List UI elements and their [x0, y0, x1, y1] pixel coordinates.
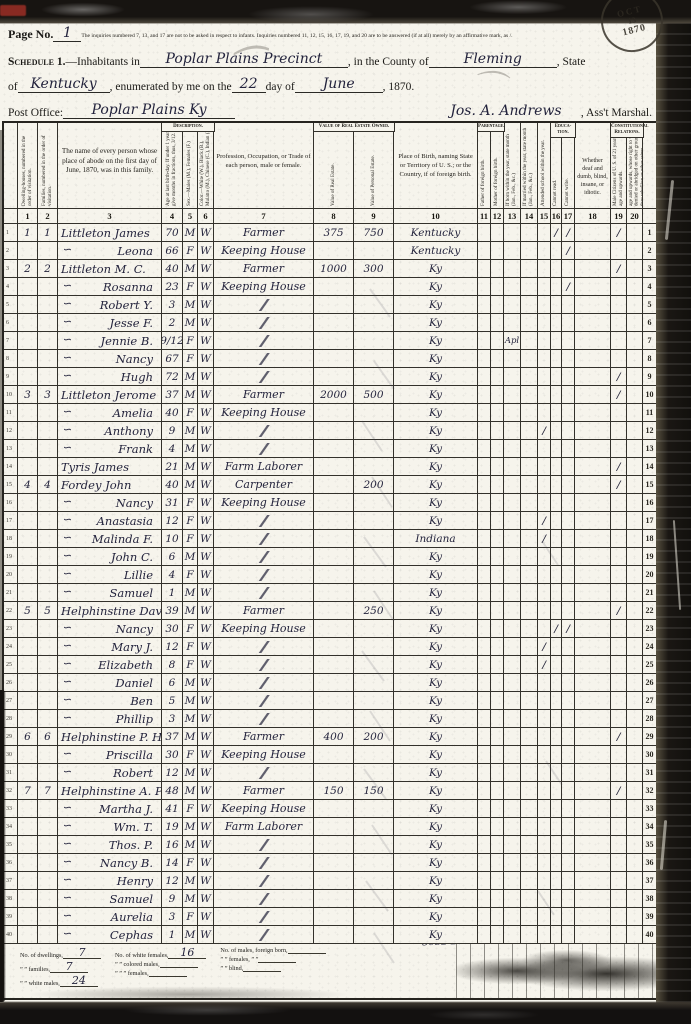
sex-value: M: [183, 710, 198, 728]
vote-denied-mark: [627, 260, 643, 278]
birthplace-value: Ky: [394, 404, 478, 422]
line-number-right: 31: [643, 764, 657, 782]
deaf-dumb-value: [575, 800, 611, 818]
personal-estate-value: [354, 512, 394, 530]
age-value: 40: [162, 404, 183, 422]
family-number: [38, 494, 58, 512]
line-number-left: 32: [4, 782, 18, 800]
marriage-month-value: [521, 314, 538, 332]
mother-foreign-mark: [491, 926, 504, 944]
cannot-write-mark: [562, 728, 575, 746]
mother-foreign-mark: [491, 332, 504, 350]
sex-value: M: [183, 548, 198, 566]
birth-month-value: [504, 746, 521, 764]
line-number-left: 27: [4, 692, 18, 710]
school-mark: /: [538, 656, 551, 674]
real-estate-value: [314, 530, 354, 548]
sex-value: M: [183, 836, 198, 854]
father-foreign-mark: [478, 260, 491, 278]
mother-foreign-mark: [491, 278, 504, 296]
column-header-5: Sex.—Males (M.), Females (F.): [183, 123, 198, 209]
real-estate-value: [314, 746, 354, 764]
line-number-left: 40: [4, 926, 18, 944]
birthplace-value: Ky: [394, 512, 478, 530]
page-header: Page No. 1 The inquiries numbered 7, 13,…: [8, 25, 652, 119]
occupation-value: [214, 350, 314, 368]
father-foreign-mark: [478, 674, 491, 692]
occupation-value: Keeping House: [214, 746, 314, 764]
sex-value: F: [183, 620, 198, 638]
personal-estate-value: [354, 278, 394, 296]
number-row-margin: [4, 209, 18, 224]
family-number: [38, 404, 58, 422]
personal-estate-value: 300: [354, 260, 394, 278]
line-number-left: 35: [4, 836, 18, 854]
sex-value: M: [183, 476, 198, 494]
deaf-dumb-value: [575, 350, 611, 368]
occupation-value: [214, 908, 314, 926]
vote-denied-mark: [627, 620, 643, 638]
marriage-month-value: [521, 710, 538, 728]
father-foreign-mark: [478, 656, 491, 674]
cannot-write-mark: [562, 782, 575, 800]
vote-denied-mark: [627, 350, 643, 368]
personal-estate-value: 200: [354, 728, 394, 746]
father-foreign-mark: [478, 620, 491, 638]
family-number: [38, 710, 58, 728]
cannot-read-mark: [551, 656, 562, 674]
school-mark: [538, 872, 551, 890]
cannot-write-mark: [562, 512, 575, 530]
line-number-left: 7: [4, 332, 18, 350]
person-name: Tyris James: [58, 458, 162, 476]
real-estate-value: [314, 764, 354, 782]
color-value: W: [198, 782, 214, 800]
male-citizen-mark: [611, 440, 627, 458]
birth-month-value: [504, 476, 521, 494]
column-title: Place of Birth, naming State or Territor…: [394, 123, 477, 180]
scan-edge-top: [0, 0, 691, 24]
occupation-value: [214, 530, 314, 548]
male-citizen-mark: [611, 350, 627, 368]
line-number-right: 38: [643, 890, 657, 908]
occupation-value: [214, 692, 314, 710]
vote-denied-mark: [627, 692, 643, 710]
birthplace-value: Ky: [394, 800, 478, 818]
deaf-dumb-value: [575, 404, 611, 422]
footer-tally: ” ” ” females,: [115, 970, 206, 977]
color-value: W: [198, 584, 214, 602]
real-estate-value: [314, 890, 354, 908]
cannot-read-mark: [551, 692, 562, 710]
mother-foreign-mark: [491, 422, 504, 440]
personal-estate-value: [354, 710, 394, 728]
birthplace-value: Ky: [394, 602, 478, 620]
birthplace-value: Ky: [394, 422, 478, 440]
day-value: 22: [232, 76, 266, 93]
page-no-value: 1: [53, 25, 81, 42]
birth-month-value: [504, 314, 521, 332]
real-estate-value: 1000: [314, 260, 354, 278]
personal-estate-value: [354, 296, 394, 314]
cannot-read-mark: [551, 872, 562, 890]
occupation-value: [214, 368, 314, 386]
cannot-read-mark: [551, 818, 562, 836]
line-number-right: 15: [643, 476, 657, 494]
family-number: [38, 242, 58, 260]
male-citizen-mark: [611, 494, 627, 512]
marriage-month-value: [521, 476, 538, 494]
age-value: 70: [162, 224, 183, 242]
age-value: 48: [162, 782, 183, 800]
dwelling-number: [18, 674, 38, 692]
male-citizen-mark: [611, 566, 627, 584]
person-name: ∽Nancy: [58, 620, 162, 638]
cannot-write-mark: [562, 566, 575, 584]
male-citizen-mark: [611, 890, 627, 908]
occupation-value: Farmer: [214, 386, 314, 404]
cannot-read-mark: [551, 926, 562, 944]
deaf-dumb-value: [575, 332, 611, 350]
vote-denied-mark: [627, 908, 643, 926]
cannot-read-mark: /: [551, 620, 562, 638]
dwelling-number: [18, 638, 38, 656]
vote-denied-mark: [627, 602, 643, 620]
sex-value: M: [183, 926, 198, 944]
sex-value: F: [183, 566, 198, 584]
cannot-read-mark: [551, 602, 562, 620]
mother-foreign-mark: [491, 386, 504, 404]
cannot-read-mark: [551, 422, 562, 440]
marriage-month-value: [521, 242, 538, 260]
line-number-right: 25: [643, 656, 657, 674]
footer-tally-label: ” ” colored males,: [115, 961, 160, 968]
marriage-month-value: [521, 836, 538, 854]
year-label: , 1870.: [383, 81, 415, 93]
sex-value: F: [183, 512, 198, 530]
male-citizen-mark: [611, 332, 627, 350]
line-number-right: 13: [643, 440, 657, 458]
column-title: Profession, Occupation, or Trade of each…: [214, 123, 313, 171]
father-foreign-mark: [478, 224, 491, 242]
family-number: [38, 584, 58, 602]
mother-foreign-mark: [491, 818, 504, 836]
family-number: [38, 566, 58, 584]
person-name: ∽Frank: [58, 440, 162, 458]
column-header-1: Dwelling-houses, numbered in the order o…: [18, 123, 38, 209]
mother-foreign-mark: [491, 512, 504, 530]
school-mark: [538, 404, 551, 422]
cannot-read-mark: [551, 458, 562, 476]
deaf-dumb-value: [575, 242, 611, 260]
mother-foreign-mark: [491, 260, 504, 278]
marriage-month-value: [521, 602, 538, 620]
person-name: ∽Hugh: [58, 368, 162, 386]
column-number: 14: [521, 209, 538, 224]
marriage-month-value: [521, 512, 538, 530]
color-value: W: [198, 926, 214, 944]
mother-foreign-mark: [491, 656, 504, 674]
line-number-right: 5: [643, 296, 657, 314]
family-number: [38, 692, 58, 710]
birthplace-value: Kentucky: [394, 242, 478, 260]
person-name: ∽Anthony: [58, 422, 162, 440]
birth-month-value: [504, 242, 521, 260]
birthplace-value: Ky: [394, 728, 478, 746]
column-number: 3: [58, 209, 162, 224]
color-value: W: [198, 350, 214, 368]
deaf-dumb-value: [575, 692, 611, 710]
birth-month-value: [504, 728, 521, 746]
real-estate-value: [314, 710, 354, 728]
occupation-value: Keeping House: [214, 242, 314, 260]
father-foreign-mark: [478, 872, 491, 890]
vote-denied-mark: [627, 314, 643, 332]
group-parentage: Parentage.: [477, 123, 505, 132]
dwelling-number: [18, 350, 38, 368]
mother-foreign-mark: [491, 350, 504, 368]
school-mark: [538, 710, 551, 728]
school-mark: [538, 584, 551, 602]
sex-value: F: [183, 404, 198, 422]
line-number-right: 9: [643, 368, 657, 386]
age-value: 4: [162, 566, 183, 584]
birth-month-value: [504, 782, 521, 800]
father-foreign-mark: [478, 296, 491, 314]
school-mark: [538, 692, 551, 710]
district-value: Poplar Plains Precinct: [140, 51, 348, 68]
school-mark: [538, 548, 551, 566]
cannot-read-mark: [551, 368, 562, 386]
family-number: [38, 908, 58, 926]
color-value: W: [198, 836, 214, 854]
color-value: W: [198, 494, 214, 512]
age-value: 16: [162, 836, 183, 854]
birth-month-value: [504, 584, 521, 602]
line-number-left: 37: [4, 872, 18, 890]
deaf-dumb-value: [575, 854, 611, 872]
school-mark: [538, 260, 551, 278]
footer-smudge: [4, 980, 464, 998]
sex-value: M: [183, 584, 198, 602]
dwelling-number: [18, 656, 38, 674]
cannot-write-mark: [562, 854, 575, 872]
mother-foreign-mark: [491, 242, 504, 260]
family-number: [38, 818, 58, 836]
real-estate-value: [314, 674, 354, 692]
school-mark: [538, 800, 551, 818]
sex-value: M: [183, 728, 198, 746]
birth-month-value: [504, 278, 521, 296]
line-number-right: 29: [643, 728, 657, 746]
vote-denied-mark: [627, 764, 643, 782]
school-mark: [538, 764, 551, 782]
line-number-right: 36: [643, 854, 657, 872]
school-mark: [538, 494, 551, 512]
line-number-right: 16: [643, 494, 657, 512]
dwelling-number: [18, 800, 38, 818]
dwelling-number: [18, 548, 38, 566]
birthplace-value: Ky: [394, 278, 478, 296]
sex-value: M: [183, 782, 198, 800]
line-number-right: 21: [643, 584, 657, 602]
real-estate-value: [314, 314, 354, 332]
occupation-value: Farmer: [214, 782, 314, 800]
age-value: 3: [162, 710, 183, 728]
footer-tally: No. of white females,16: [115, 947, 206, 959]
sex-value: F: [183, 494, 198, 512]
real-estate-value: [314, 638, 354, 656]
color-value: W: [198, 908, 214, 926]
family-number: [38, 854, 58, 872]
sex-value: F: [183, 350, 198, 368]
birthplace-value: Kentucky: [394, 224, 478, 242]
dwelling-number: [18, 296, 38, 314]
sex-value: M: [183, 386, 198, 404]
occupation-value: Farmer: [214, 224, 314, 242]
dwelling-number: [18, 890, 38, 908]
mother-foreign-mark: [491, 476, 504, 494]
dwelling-number: [18, 458, 38, 476]
age-value: 1: [162, 926, 183, 944]
color-value: W: [198, 260, 214, 278]
cannot-write-mark: [562, 476, 575, 494]
occupation-value: [214, 890, 314, 908]
father-foreign-mark: [478, 926, 491, 944]
real-estate-value: [314, 800, 354, 818]
sex-value: F: [183, 638, 198, 656]
person-name: Littleton Jerome: [58, 386, 162, 404]
dwelling-number: [18, 818, 38, 836]
real-estate-value: [314, 566, 354, 584]
real-estate-value: [314, 296, 354, 314]
marriage-month-value: [521, 350, 538, 368]
real-estate-value: [314, 458, 354, 476]
cannot-read-mark: [551, 710, 562, 728]
person-name: ∽Cephas: [58, 926, 162, 944]
color-value: W: [198, 890, 214, 908]
personal-estate-value: [354, 314, 394, 332]
mother-foreign-mark: [491, 602, 504, 620]
vote-denied-mark: [627, 404, 643, 422]
vote-denied-mark: [627, 890, 643, 908]
line-number-left: 36: [4, 854, 18, 872]
real-estate-value: [314, 476, 354, 494]
age-value: 21: [162, 458, 183, 476]
page-no-label: Page No.: [8, 27, 53, 42]
sex-value: M: [183, 296, 198, 314]
person-name: Helphinstine P. H.: [58, 728, 162, 746]
footer-tally: No. of dwellings,7: [20, 947, 101, 959]
real-estate-value: [314, 908, 354, 926]
male-citizen-mark: [611, 638, 627, 656]
dwelling-number: 2: [18, 260, 38, 278]
footer-tally-label: No. of males, foreign born,: [220, 947, 287, 954]
birthplace-value: Ky: [394, 926, 478, 944]
personal-estate-value: [354, 404, 394, 422]
occupation-value: [214, 548, 314, 566]
marriage-month-value: [521, 872, 538, 890]
real-estate-value: [314, 368, 354, 386]
column-title: Value of Real Estate.: [331, 123, 337, 208]
cannot-read-mark: [551, 854, 562, 872]
family-number: [38, 458, 58, 476]
family-number: [38, 656, 58, 674]
school-mark: [538, 908, 551, 926]
age-value: 8: [162, 656, 183, 674]
inhabitants-label: —Inhabitants in: [65, 56, 139, 68]
vote-denied-mark: [627, 818, 643, 836]
real-estate-value: [314, 350, 354, 368]
male-citizen-mark: [611, 872, 627, 890]
person-name: Littleton M. C.: [58, 260, 162, 278]
person-name: Helphinstine A. P.: [58, 782, 162, 800]
line-number-left: 29: [4, 728, 18, 746]
group-education: Educa-tion.: [550, 123, 576, 138]
occupation-value: [214, 314, 314, 332]
birth-month-value: [504, 926, 521, 944]
deaf-dumb-value: [575, 836, 611, 854]
color-value: W: [198, 296, 214, 314]
column-number: 20: [627, 209, 643, 224]
vote-denied-mark: [627, 242, 643, 260]
deaf-dumb-value: [575, 548, 611, 566]
vote-denied-mark: [627, 710, 643, 728]
column-number: 7: [214, 209, 314, 224]
line-number-right: 8: [643, 350, 657, 368]
dwelling-number: [18, 422, 38, 440]
birth-month-value: [504, 422, 521, 440]
dwelling-number: 6: [18, 728, 38, 746]
school-mark: [538, 566, 551, 584]
birth-month-value: [504, 818, 521, 836]
cannot-write-mark: /: [562, 278, 575, 296]
group-value-owned: Value of Real Estate Owned.: [313, 123, 395, 132]
marriage-month-value: [521, 386, 538, 404]
marriage-month-value: [521, 458, 538, 476]
family-number: [38, 422, 58, 440]
person-name: ∽Robert Y.: [58, 296, 162, 314]
age-value: 19: [162, 818, 183, 836]
sex-value: M: [183, 224, 198, 242]
dwelling-number: [18, 836, 38, 854]
birthplace-value: Ky: [394, 674, 478, 692]
line-number-left: 19: [4, 548, 18, 566]
occupation-value: [214, 440, 314, 458]
personal-estate-value: [354, 764, 394, 782]
mother-foreign-mark: [491, 872, 504, 890]
birth-month-value: [504, 494, 521, 512]
person-name: ∽Nancy B.: [58, 854, 162, 872]
column-number: 4: [162, 209, 183, 224]
person-name: ∽Leona: [58, 242, 162, 260]
marriage-month-value: [521, 638, 538, 656]
age-value: 2: [162, 314, 183, 332]
dwelling-number: 7: [18, 782, 38, 800]
birth-month-value: [504, 764, 521, 782]
deaf-dumb-value: [575, 764, 611, 782]
family-number: 3: [38, 386, 58, 404]
school-mark: [538, 890, 551, 908]
deaf-dumb-value: [575, 656, 611, 674]
school-mark: [538, 746, 551, 764]
cannot-read-mark: [551, 836, 562, 854]
sex-value: F: [183, 242, 198, 260]
birthplace-value: Ky: [394, 548, 478, 566]
real-estate-value: [314, 584, 354, 602]
personal-estate-value: [354, 584, 394, 602]
column-number: 1: [18, 209, 38, 224]
